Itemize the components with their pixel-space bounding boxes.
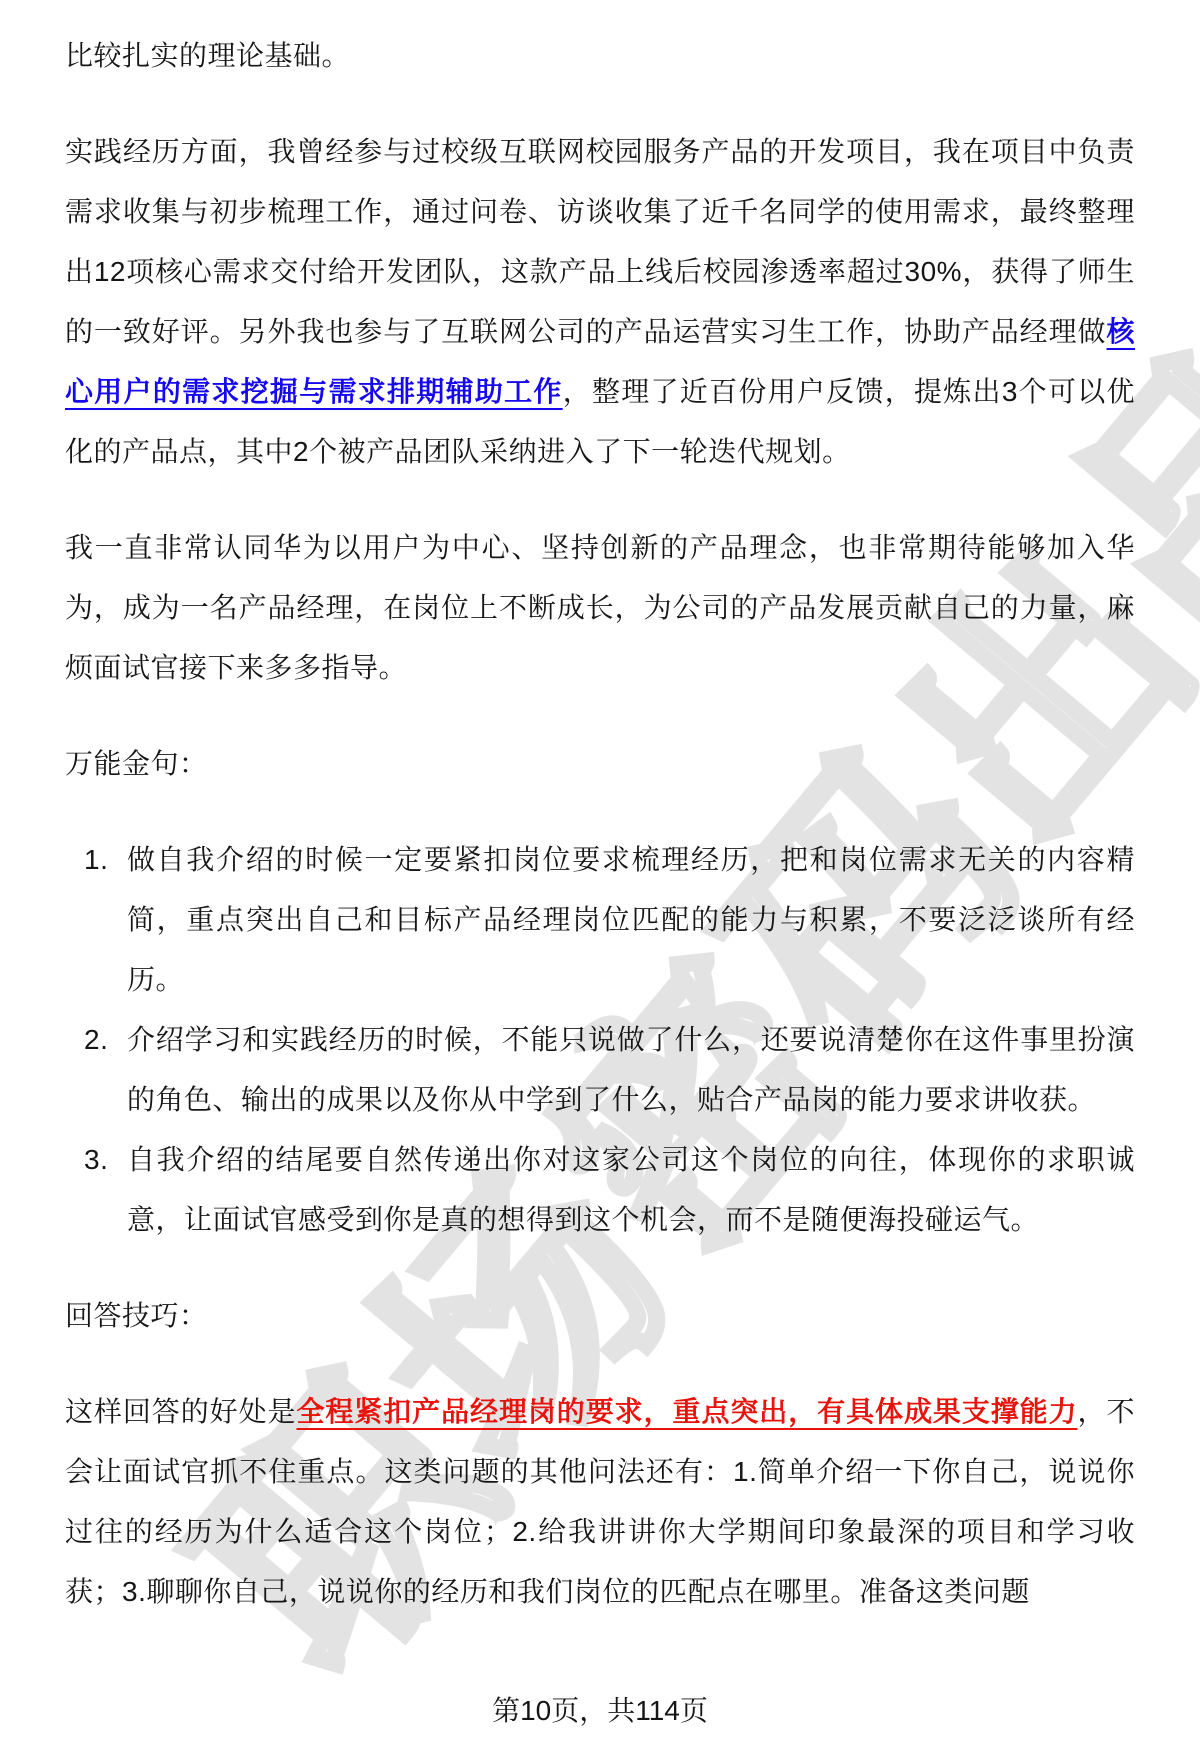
document-content: 比较扎实的理论基础。 实践经历方面，我曾经参与过校级互联网校园服务产品的开发项目… [0, 0, 1200, 1622]
heading-golden-sentences: 万能金句： [65, 734, 1135, 794]
list-item: 1. 做自我介绍的时候一定要紧扣岗位要求梳理经历，把和岗位需求无关的内容精简，重… [65, 830, 1135, 1010]
paragraph-practice-pre: 实践经历方面，我曾经参与过校级互联网校园服务产品的开发项目，我在项目中负责需求收… [65, 136, 1135, 347]
list-item-text: 做自我介绍的时候一定要紧扣岗位要求梳理经历，把和岗位需求无关的内容精简，重点突出… [127, 844, 1135, 995]
paragraph-intro: 比较扎实的理论基础。 [65, 26, 1135, 86]
paragraph-answer-benefit: 这样回答的好处是全程紧扣产品经理岗的要求，重点突出，有具体成果支撑能力，不会让面… [65, 1382, 1135, 1622]
list-item-number: 1. [84, 830, 108, 890]
list-item-text: 自我介绍的结尾要自然传递出你对这家公司这个岗位的向往，体现你的求职诚意，让面试官… [127, 1144, 1135, 1235]
document-page: 职场密码出品 比较扎实的理论基础。 实践经历方面，我曾经参与过校级互联网校园服务… [0, 0, 1200, 1755]
golden-sentence-list: 1. 做自我介绍的时候一定要紧扣岗位要求梳理经历，把和岗位需求无关的内容精简，重… [65, 830, 1135, 1250]
highlight-answer-benefit: 全程紧扣产品经理岗的要求，重点突出，有具体成果支撑能力 [296, 1396, 1077, 1427]
paragraph-practice: 实践经历方面，我曾经参与过校级互联网校园服务产品的开发项目，我在项目中负责需求收… [65, 122, 1135, 482]
paragraph-answer-post: ，不会让面试官抓不住重点。这类问题的其他问法还有：1.简单介绍一下你自己，说说你… [65, 1396, 1135, 1607]
page-footer: 第10页，共114页 [0, 1681, 1200, 1741]
list-item: 2. 介绍学习和实践经历的时候，不能只说做了什么，还要说清楚你在这件事里扮演的角… [65, 1010, 1135, 1130]
list-item-number: 2. [84, 1010, 108, 1070]
list-item: 3. 自我介绍的结尾要自然传递出你对这家公司这个岗位的向往，体现你的求职诚意，让… [65, 1130, 1135, 1250]
heading-answer-skills: 回答技巧： [65, 1286, 1135, 1346]
paragraph-motivation: 我一直非常认同华为以用户为中心、坚持创新的产品理念，也非常期待能够加入华为，成为… [65, 518, 1135, 698]
list-item-number: 3. [84, 1130, 108, 1190]
paragraph-answer-pre: 这样回答的好处是 [65, 1396, 296, 1427]
list-item-text: 介绍学习和实践经历的时候，不能只说做了什么，还要说清楚你在这件事里扮演的角色、输… [127, 1024, 1135, 1115]
